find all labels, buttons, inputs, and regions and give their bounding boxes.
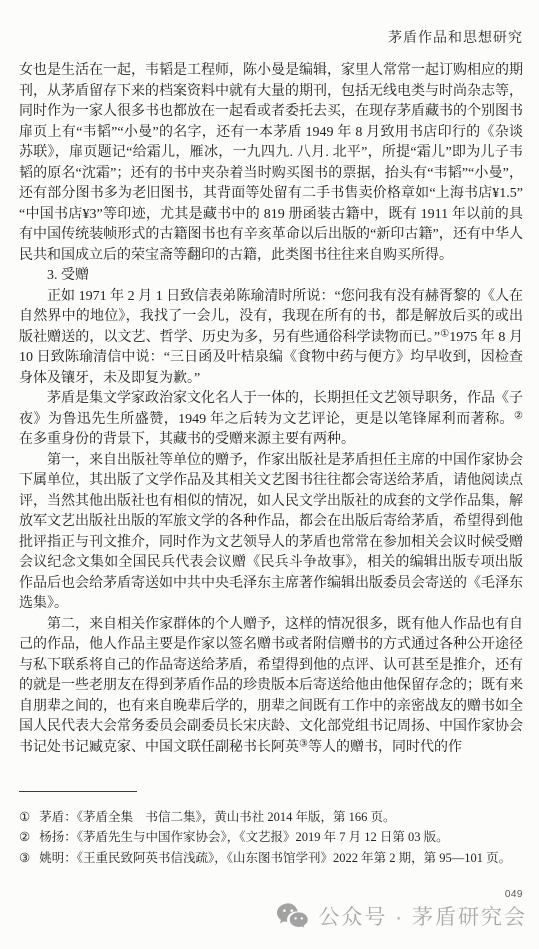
body-paragraph: 茅盾是集文学家政治家文化名人于一体的，长期担任文艺领导职务，作品《子夜》为鲁迅先…: [19, 389, 523, 451]
footnote-divider: [19, 791, 137, 792]
body-paragraph: 第二，来自相关作家群体的个人赠予，这样的情况很多，既有他人作品也有自己的作品，他…: [19, 615, 523, 759]
body-paragraph: 正如 1971 年 2 月 1 日致信表弟陈瑜清时所说：“您问我有没有赫胥黎的《…: [19, 287, 523, 390]
book-page: 茅盾作品和思想研究 女也是生活在一起，韦韬是工程师，陈小曼是编辑，家里人常常一起…: [0, 0, 539, 949]
footnote-text: 茅盾：《茅盾全集 书信二集》，黄山书社 2014 年版，第 166 页。: [39, 810, 395, 824]
body-paragraphs: 女也是生活在一起，韦韬是工程师，陈小曼是编辑，家里人常常一起订购相应的期刊，从茅…: [19, 61, 523, 758]
section-heading: 3. 受赠: [19, 266, 523, 287]
footnote-marker: ①: [19, 810, 30, 824]
wechat-icon: [276, 902, 309, 930]
text-run: 第一，来自出版社等单位的赠予，作家出版社是茅盾担任主席的中国作家协会下属单位，其…: [19, 453, 523, 612]
footnote-item: ①茅盾：《茅盾全集 书信二集》，黄山书社 2014 年版，第 166 页。: [19, 807, 523, 827]
footnote-marker: ②: [19, 830, 30, 844]
body-paragraph: 女也是生活在一起，韦韬是工程师，陈小曼是编辑，家里人常常一起订购相应的期刊，从茅…: [19, 61, 523, 266]
text-run: 第二，来自相关作家群体的个人赠予，这样的情况很多，既有他人作品也有自己的作品，他…: [19, 617, 523, 755]
footnotes-list: ①茅盾：《茅盾全集 书信二集》，黄山书社 2014 年版，第 166 页。②杨扬…: [19, 807, 523, 868]
footnote-ref: ②: [514, 410, 523, 421]
footnote-ref: ③: [299, 738, 308, 749]
footnote-item: ③姚明：《王重民致阿英书信浅疏》，《山东图书馆学刊》2022 年第 2 期，第 …: [19, 848, 523, 868]
running-head: 茅盾作品和思想研究: [388, 27, 523, 47]
text-run: 茅盾是集文学家政治家文化名人于一体的，长期担任文艺领导职务，作品《子夜》为鲁迅先…: [19, 391, 523, 427]
text-run: 3. 受赠: [47, 268, 89, 283]
watermark-label: 公众号 · 茅盾研究会: [318, 901, 527, 931]
page-number: 049: [505, 889, 523, 900]
watermark: 公众号 · 茅盾研究会: [276, 901, 527, 931]
text-run: 在多重身份的背景下，其藏书的受赠来源主要有两种。: [19, 432, 355, 447]
footnote-text: 杨扬：《茅盾先生与中国作家协会》，《文艺报》2019 年 7 月 12 日第 0…: [39, 830, 448, 844]
footnote-text: 姚明：《王重民致阿英书信浅疏》，《山东图书馆学刊》2022 年第 2 期，第 9…: [39, 851, 511, 865]
footnote-marker: ③: [19, 851, 30, 865]
footnote-ref: ①: [440, 328, 449, 339]
footnotes-section: ①茅盾：《茅盾全集 书信二集》，黄山书社 2014 年版，第 166 页。②杨扬…: [19, 791, 523, 868]
text-run: 女也是生活在一起，韦韬是工程师，陈小曼是编辑，家里人常常一起订购相应的期刊，从茅…: [19, 63, 523, 263]
footnote-item: ②杨扬：《茅盾先生与中国作家协会》，《文艺报》2019 年 7 月 12 日第 …: [19, 827, 523, 847]
text-run: 等人的赠书，同时代的作: [308, 740, 462, 755]
body-paragraph: 第一，来自出版社等单位的赠予，作家出版社是茅盾担任主席的中国作家协会下属单位，其…: [19, 451, 523, 615]
